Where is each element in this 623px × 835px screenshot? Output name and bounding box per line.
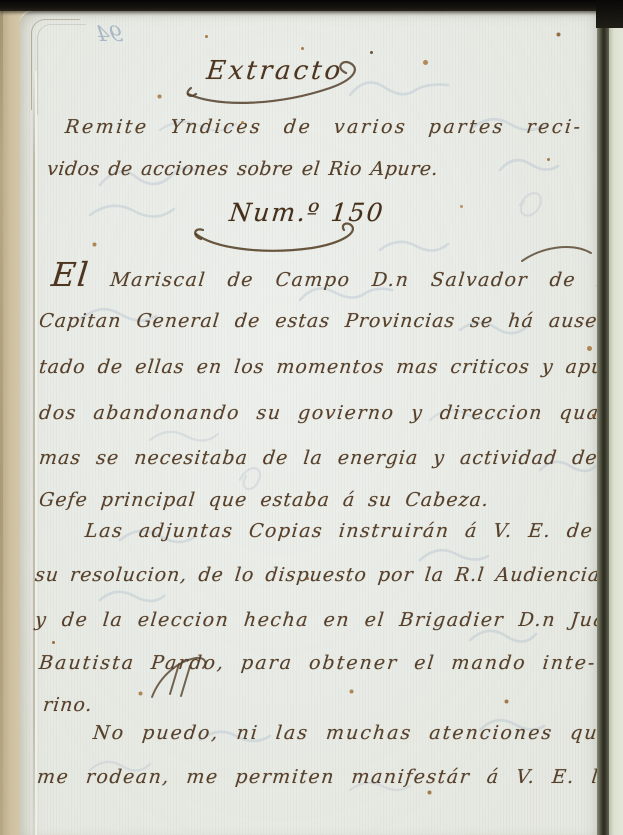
scan-background-top <box>0 0 623 11</box>
manuscript-scan: 94 <box>0 0 623 835</box>
next-page-sliver <box>609 26 623 835</box>
handwriting-layer: Extracto Remite Yndices de varios partes… <box>0 0 623 835</box>
scan-background-corner <box>596 0 623 28</box>
pen-paraph-marks <box>0 0 623 835</box>
